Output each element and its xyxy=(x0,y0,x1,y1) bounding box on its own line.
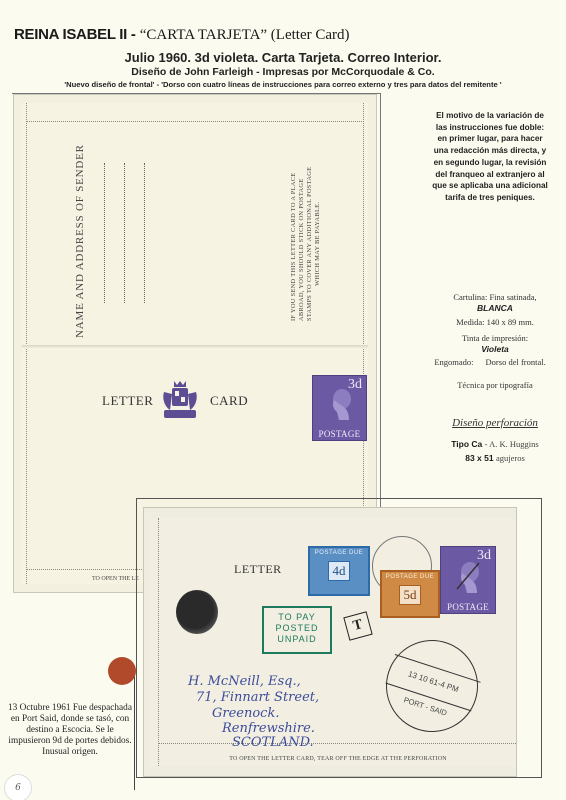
address-line: H. McNeill, Esq., xyxy=(188,674,301,689)
holes-count: 83 x 51 xyxy=(465,453,493,463)
spec-label: Medida: xyxy=(456,317,484,327)
stamp-value: 3d xyxy=(477,548,491,564)
spec-cartulina: Cartulina: Fina satinada, BLANCA xyxy=(425,292,565,314)
spec-label: Cartulina: xyxy=(453,292,487,302)
fold-line xyxy=(22,345,368,348)
postage-due-4d: POSTAGE DUE 4d xyxy=(308,546,370,596)
address-line: SCOTLAND. xyxy=(232,735,314,750)
page-title: REINA ISABEL II - “CARTA TARJETA” (Lette… xyxy=(14,26,350,44)
abroad-instructions: IF YOU SEND THIS LETTER CARD TO A PLACE … xyxy=(290,167,322,321)
perforation-left xyxy=(26,103,27,584)
instruction-line: WHICH MAY BE PAYABLE. xyxy=(314,167,322,321)
spec-label: Tinta de impresión: xyxy=(462,333,528,343)
spec-tinta: Tinta de impresión: Violeta xyxy=(425,333,565,355)
perforation-author: - A. K. Huggins xyxy=(485,439,539,449)
spec-value: 140 x 89 mm. xyxy=(487,317,534,327)
sender-label: NAME AND ADDRESS OF SENDER xyxy=(74,144,86,338)
title-bold: REINA ISABEL II - xyxy=(14,26,136,43)
perforation-top xyxy=(26,121,364,122)
postage-due-label: POSTAGE DUE xyxy=(382,574,438,580)
address-line xyxy=(144,163,145,303)
address-line: Renfrewshire. xyxy=(222,721,315,736)
port-said-postmark: 13 10 61-4 PM PORT - SAID xyxy=(374,628,490,744)
design-credit: Diseño de John Farleigh - Impresas por M… xyxy=(0,66,566,78)
letter-word: LETTER xyxy=(102,393,153,409)
queen-head-icon xyxy=(453,559,483,597)
open-instruction-partial: TO OPEN THE LE xyxy=(92,576,139,582)
spec-medida: Medida: 140 x 89 mm. xyxy=(425,317,565,328)
origin-note: 13 Octubre 1961 Fue despachada en Port S… xyxy=(6,703,134,758)
perforation-type: Tipo Ca - A. K. Huggins xyxy=(425,439,565,449)
stamp-label: POSTAGE xyxy=(441,602,495,612)
stamp-label: POSTAGE xyxy=(313,429,366,439)
perforation-holes: 83 x 51 agujeros xyxy=(425,453,565,463)
address-line xyxy=(124,163,125,303)
imprinted-stamp: 3d POSTAGE xyxy=(312,375,367,441)
spec-emphasis: Violeta xyxy=(481,344,509,354)
spec-value: Dorso del frontal. xyxy=(476,357,556,368)
address-line xyxy=(104,163,105,303)
stamp-value: 3d xyxy=(348,377,362,393)
postage-due-5d: POSTAGE DUE 5d xyxy=(380,570,440,618)
red-seal xyxy=(108,657,136,685)
open-instruction: TO OPEN THE LETTER CARD, TEAR OFF THE ED… xyxy=(180,756,496,762)
instruction-line: IF YOU SEND THIS LETTER CARD TO A PLACE xyxy=(290,167,298,321)
perforation-heading: Diseño perforación xyxy=(425,417,565,429)
spec-engomado: Engomado: Dorso del frontal. xyxy=(425,357,565,368)
design-note: 'Nuevo diseño de frontal' - 'Dorso con c… xyxy=(0,80,566,89)
tax-mark: T xyxy=(343,611,372,640)
perforation-left xyxy=(158,518,159,766)
perforation-type-code: Tipo Ca xyxy=(451,439,482,449)
sleeve-edge xyxy=(134,670,135,790)
instruction-line: ABROAD, YOU SHOULD STICK ON POSTAGE xyxy=(298,167,306,321)
cachet-line: POSTED xyxy=(264,623,330,634)
spec-value: Fina satinada, xyxy=(489,292,536,302)
card-word: CARD xyxy=(210,393,248,409)
spec-emphasis: BLANCA xyxy=(477,303,513,313)
postage-due-value: 5d xyxy=(399,585,421,605)
page-mark: 6 xyxy=(4,774,32,800)
holes-word: agujeros xyxy=(496,453,525,463)
imprinted-stamp: 3d POSTAGE xyxy=(440,546,496,614)
subtitle: Julio 1960. 3d violeta. Carta Tarjeta. C… xyxy=(0,50,566,65)
ink-blot xyxy=(176,590,218,634)
address-line: 71, Finnart Street, xyxy=(196,690,319,705)
instruction-line: STAMPS TO COVER ANY ADDITIONAL POSTAGE xyxy=(306,167,314,321)
postage-due-value: 4d xyxy=(328,561,350,581)
perforation-bottom xyxy=(158,743,516,744)
cachet-line: UNPAID xyxy=(264,634,330,645)
cachet-line: TO PAY xyxy=(264,612,330,623)
letter-word: LETTER xyxy=(234,562,282,577)
postage-due-label: POSTAGE DUE xyxy=(310,550,368,556)
spec-tecnica: Técnica por tipografía xyxy=(425,380,565,391)
to-pay-cachet: TO PAY POSTED UNPAID xyxy=(262,606,332,654)
title-serif: “CARTA TARJETA” (Letter Card) xyxy=(140,27,350,43)
address-line: Greenock. xyxy=(212,706,279,721)
motivo-note: El motivo de la variación de las instruc… xyxy=(432,110,548,204)
spec-label: Engomado: xyxy=(434,357,473,367)
royal-arms-icon xyxy=(160,378,200,420)
letter-card-used: LETTER POSTAGE DUE 4d POSTAGE DUE 5d 3d … xyxy=(144,508,516,776)
